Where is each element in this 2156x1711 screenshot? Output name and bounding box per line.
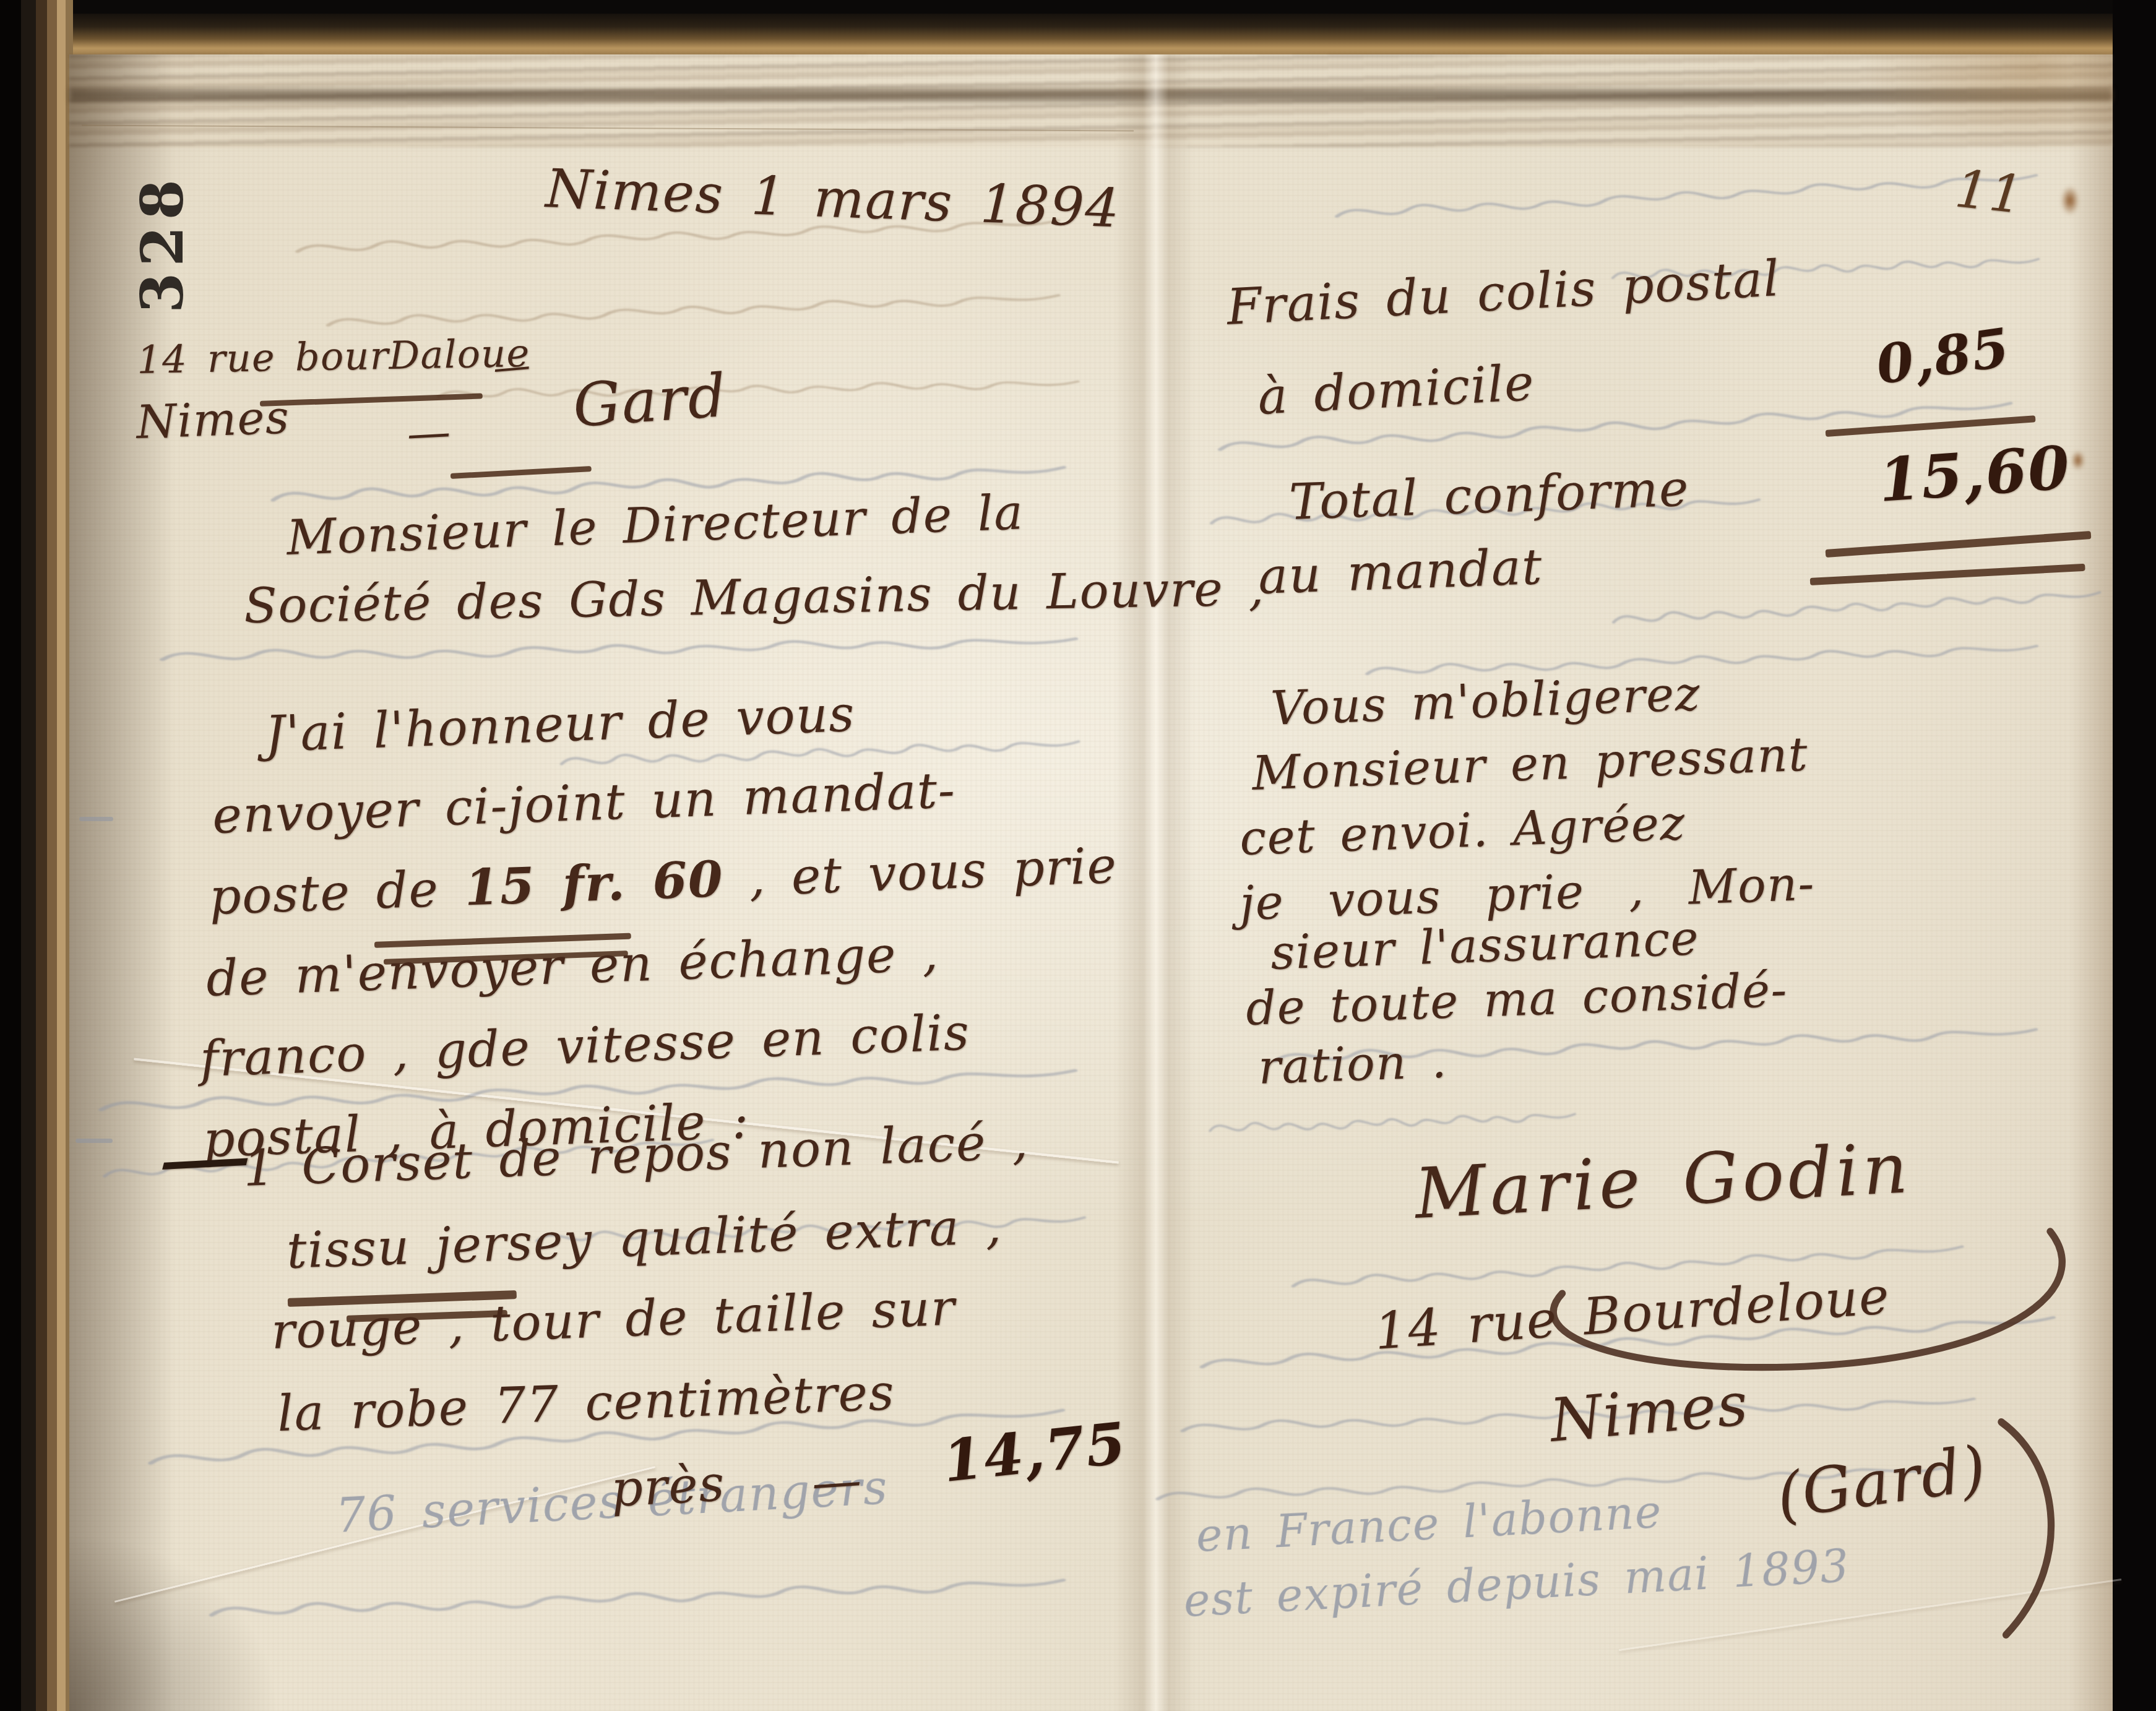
paren-flourish: [1980, 1417, 2085, 1640]
ledger-scan: 328 11 Nimes 1 mars 1894 14 rue bourDalo…: [0, 0, 2156, 1711]
book-spine: [0, 0, 73, 1711]
sender-equals-dash: —: [406, 406, 453, 459]
sender-address: 14 rue bourDaloue: [137, 330, 530, 382]
price-dash: —: [810, 1451, 865, 1512]
item-dash: —: [156, 1123, 256, 1196]
mandat-amount: 15 fr. 60: [464, 850, 725, 917]
sender-department: Gard: [571, 361, 729, 441]
margin-dash: [79, 817, 113, 821]
sender-city: Nimes: [136, 390, 291, 449]
page-number-stamp: 328: [93, 166, 241, 321]
closing-line: ration .: [1257, 1033, 1448, 1095]
folio-number: 11: [1952, 158, 2027, 226]
rust-spot: [2061, 186, 2079, 215]
book-page-edges: [69, 14, 2115, 57]
item-line: près: [610, 1454, 727, 1518]
total-amount: 15,60: [1876, 433, 2072, 515]
background-right: [2113, 0, 2156, 1711]
rust-spot: [2071, 450, 2085, 470]
margin-dash: [75, 1139, 113, 1143]
total-label: au mandat: [1257, 538, 1544, 605]
sender-dash: —: [491, 343, 533, 390]
